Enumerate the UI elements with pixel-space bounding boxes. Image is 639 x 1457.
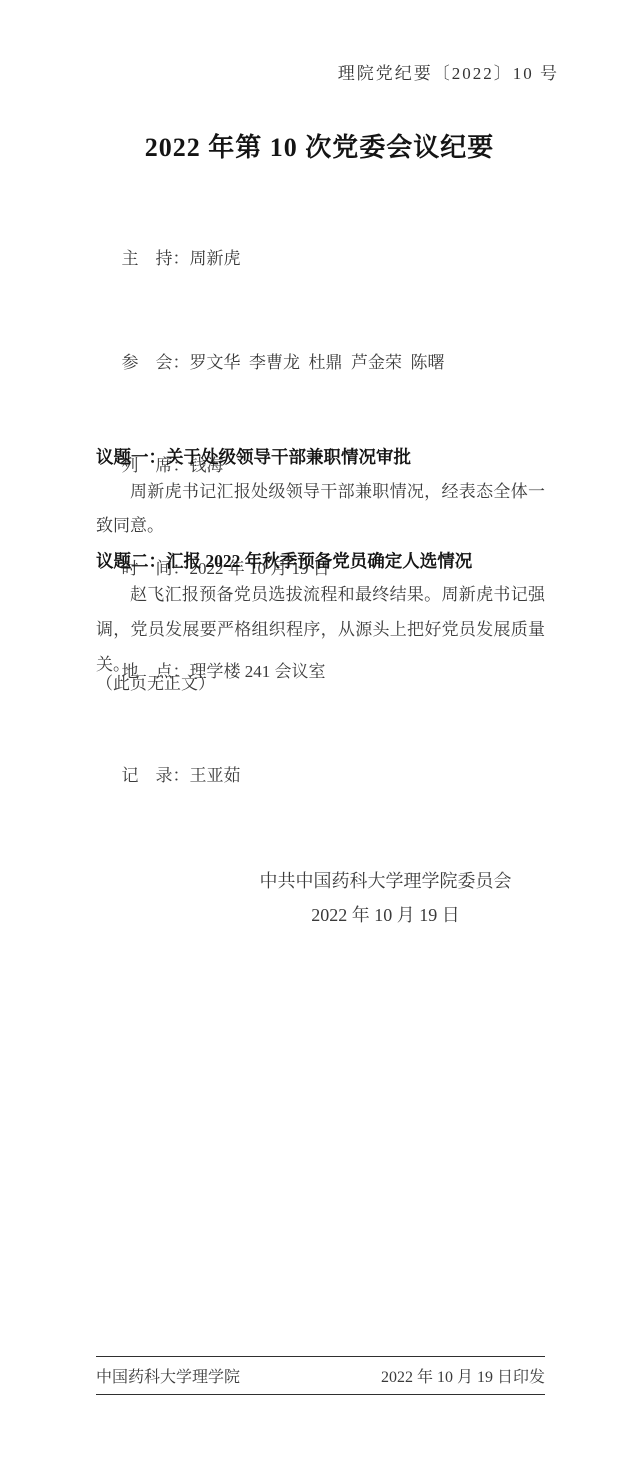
topic-2-heading: 议题二：汇报 2022 年秋季预备党员确定人选情况 (96, 544, 545, 579)
doc-issue-number: 理院党纪要〔2022〕10 号 (338, 62, 559, 86)
signature-organization: 中共中国药科大学理学院委员会 (132, 864, 639, 898)
topic-1-body: 周新虎书记汇报处级领导干部兼职情况，经表态全体一致同意。 (96, 475, 545, 544)
topic-1-heading: 议题一：关于处级领导干部兼职情况审批 (96, 440, 545, 475)
footer-print-date: 2022 年 10 月 19 日印发 (381, 1364, 545, 1387)
document-page: 理院党纪要〔2022〕10 号 2022 年第 10 次党委会议纪要 主 持：周… (0, 0, 639, 1457)
topics-section: 议题一：关于处级领导干部兼职情况审批 周新虎书记汇报处级领导干部兼职情况，经表态… (96, 440, 545, 695)
meta-row-recorder: 记 录：王亚茹 (96, 724, 551, 827)
footer-issuer: 中国药科大学理学院 (96, 1364, 240, 1387)
signature-date: 2022 年 10 月 19 日 (132, 898, 639, 932)
meta-label-recorder: 记 录： (122, 766, 190, 785)
meta-row-attendees: 参 会：罗文华 李曹龙 杜鼎 芦金荣 陈曙 (96, 311, 551, 414)
document-title: 2022 年第 10 次党委会议纪要 (0, 128, 639, 168)
signature-block: 中共中国药科大学理学院委员会 2022 年 10 月 19 日 (132, 864, 639, 932)
meta-value-attendees: 罗文华 李曹龙 杜鼎 芦金荣 陈曙 (190, 353, 445, 372)
meta-value-recorder: 王亚茹 (190, 766, 241, 785)
no-body-text-note: （此页无正文） (96, 673, 545, 695)
meta-value-host: 周新虎 (190, 249, 241, 268)
meta-label-attendees: 参 会： (122, 353, 190, 372)
colophon-footer: 中国药科大学理学院 2022 年 10 月 19 日印发 (96, 1356, 545, 1395)
topic-2-body: 赵飞汇报预备党员选拔流程和最终结果。周新虎书记强调，党员发展要严格组织程序，从源… (96, 578, 545, 682)
meta-row-host: 主 持：周新虎 (96, 208, 551, 311)
meta-label-host: 主 持： (122, 249, 190, 268)
